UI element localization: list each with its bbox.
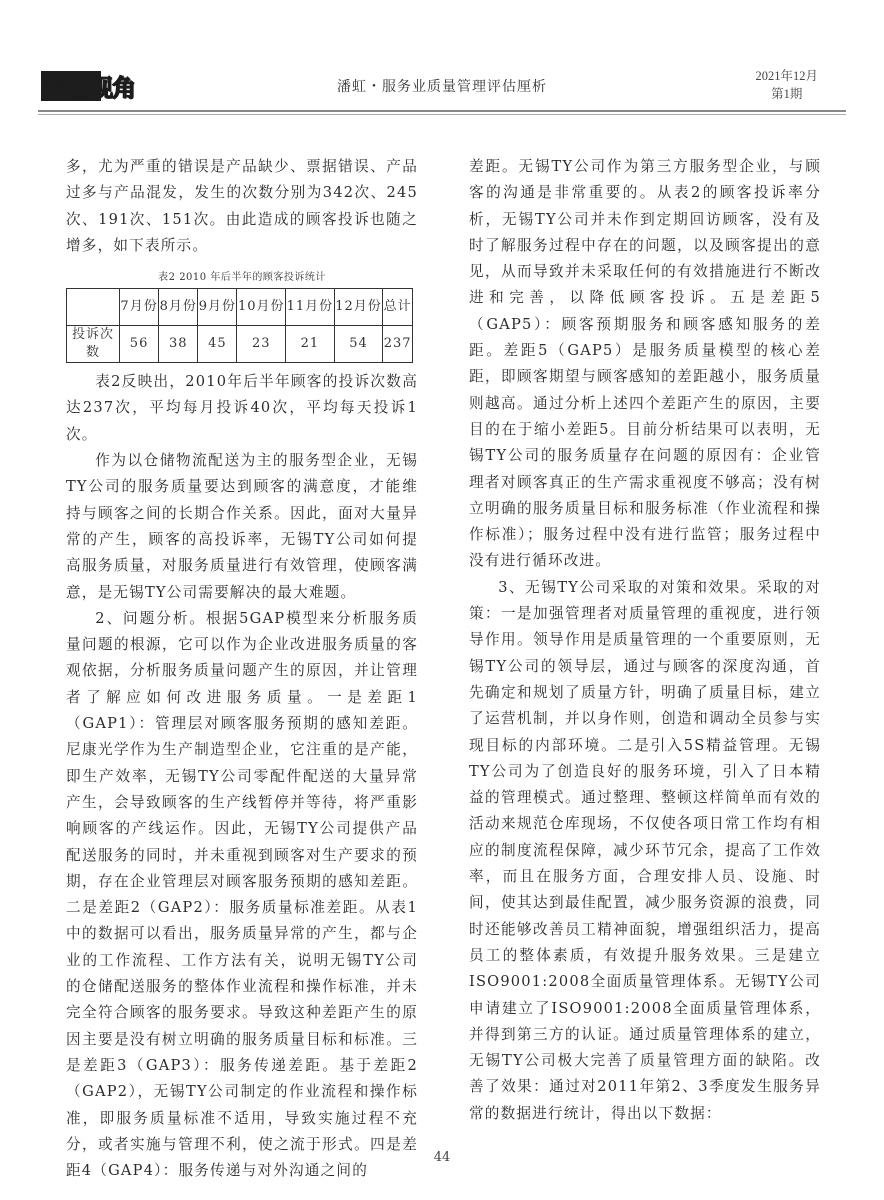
table-header-cell: 9月份 [198, 289, 237, 326]
table-header-cell: 总计 [383, 289, 413, 326]
table-cell: 23 [237, 326, 286, 363]
paragraph: 2、问题分析。根据5GAP模型来分析服务质量问题的根源，它可以作为企业改进服务质… [66, 606, 418, 1185]
issue-number: 第1期 [755, 85, 818, 103]
paragraph: 差距。无锡TY公司作为第三方服务型企业，与顾客的沟通是非常重要的。从表2的顾客投… [469, 154, 821, 575]
paragraph: 3、无锡TY公司采取的对策和效果。采取的对策：一是加强管理者对质量管理的重视度，… [469, 575, 821, 1127]
table-header-cell: 7月份 [120, 289, 159, 326]
paragraph: 作为以仓储物流配送为主的服务型企业，无锡TY公司的服务质量要达到顾客的满意度，才… [66, 448, 418, 606]
page-number: 44 [0, 1150, 884, 1165]
table-header-cell: 8月份 [159, 289, 198, 326]
table-row-label: 投诉次数 [67, 326, 120, 363]
issue-info: 2021年12月 第1期 [755, 67, 818, 103]
table-cell: 56 [120, 326, 159, 363]
table-row: 投诉次数 56 38 45 23 21 54 237 [67, 326, 413, 363]
table-cell: 237 [383, 326, 413, 363]
paragraph: 表2反映出，2010年后半年顾客的投诉次数高达237次，平均每月投诉40次，平均… [66, 369, 418, 448]
table-header-cell [67, 289, 120, 326]
complaint-table: 7月份 8月份 9月份 10月份 11月份 12月份 总计 投诉次数 56 38… [66, 288, 413, 363]
table-cell: 45 [198, 326, 237, 363]
table-header-cell: 11月份 [286, 289, 335, 326]
table-caption: 表2 2010 年后半年的顾客投诉统计 [66, 270, 418, 286]
page-header: 专业视角 潘虹・服务业质量管理评估厘析 2021年12月 第1期 [0, 0, 884, 120]
right-column: 差距。无锡TY公司作为第三方服务型企业，与顾客的沟通是非常重要的。从表2的顾客投… [469, 154, 821, 1127]
table-header-cell: 10月份 [237, 289, 286, 326]
running-title: 潘虹・服务业质量管理评估厘析 [0, 76, 884, 96]
table-cell: 38 [159, 326, 198, 363]
table-cell: 54 [334, 326, 383, 363]
issue-date: 2021年12月 [755, 67, 818, 85]
table-header-row: 7月份 8月份 9月份 10月份 11月份 12月份 总计 [67, 289, 413, 326]
table-cell: 21 [286, 326, 335, 363]
header-rule [38, 110, 846, 112]
header-rule-thin [38, 114, 846, 115]
left-column: 多，尤为严重的错误是产品缺少、票据错误、产品过多与产品混发，发生的次数分别为34… [66, 154, 418, 1184]
paragraph: 多，尤为严重的错误是产品缺少、票据错误、产品过多与产品混发，发生的次数分别为34… [66, 154, 418, 259]
table-header-cell: 12月份 [334, 289, 383, 326]
